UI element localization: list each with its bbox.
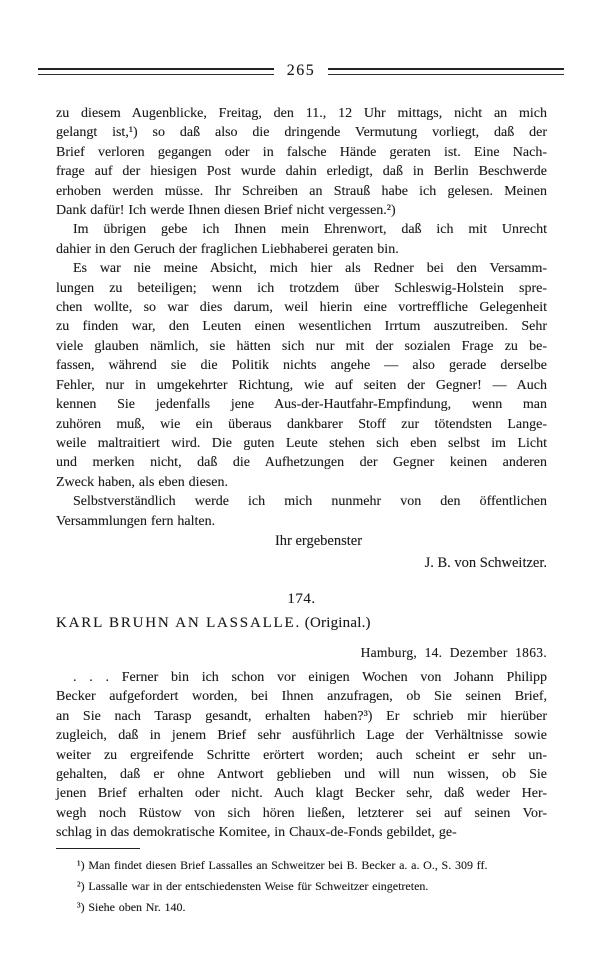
- header-rule-left: [38, 68, 274, 75]
- text-line: lungen zu beteiligen; wenn ich trotzdem …: [56, 279, 547, 298]
- text-line: Fehler, nur in umgekehrter Richtung, wie…: [56, 376, 547, 395]
- text-line: Versammlungen fern halten.: [56, 512, 547, 531]
- paragraph: Selbstverständlich werde ich mich nunmeh…: [56, 492, 547, 531]
- text-line: an Sie nach Tarasp gesandt, erhalten hab…: [56, 707, 547, 726]
- text-line: wegh noch Rüstow von sich hören ließen, …: [56, 804, 547, 823]
- section-number: 174.: [56, 590, 547, 608]
- letter-2-heading: KARL BRUHN AN LASSALLE. (Original.): [56, 614, 547, 633]
- paragraph: zu diesem Augenblicke, Freitag, den 11.,…: [56, 104, 547, 220]
- text-line: und merken nicht, daß die Aufhetzungen d…: [56, 453, 547, 472]
- text-line: weile maltraitiert wird. Die guten Leute…: [56, 434, 547, 453]
- letter-heading-original-note: (Original.): [305, 615, 371, 631]
- text-line: zu finden war, den Leuten einen wesentli…: [56, 317, 547, 336]
- letter-dateline: Hamburg, 14. Dezember 1863.: [56, 644, 547, 661]
- text-line: . . . Ferner bin ich schon vor einigen W…: [56, 668, 547, 687]
- text-line: gelangt ist,¹) so daß also die dringende…: [56, 123, 547, 142]
- letter-1-body: zu diesem Augenblicke, Freitag, den 11.,…: [56, 104, 547, 531]
- text-line: Im übrigen gebe ich Ihnen mein Ehrenwort…: [56, 220, 547, 239]
- letter-heading-names: KARL BRUHN AN LASSALLE.: [56, 615, 301, 631]
- footnotes: ¹) Man findet diesen Brief Lassalles an …: [56, 855, 547, 918]
- text-line: jenen Brief erhalten oder nicht. Auch kl…: [56, 784, 547, 803]
- text-line: zuhören muß, wie ein überaus dankbarer S…: [56, 415, 547, 434]
- page-number: 265: [285, 62, 318, 80]
- text-line: dahier in den Geruch der fraglichen Lieb…: [56, 240, 547, 259]
- text-line: Es war nie meine Absicht, mich hier als …: [56, 259, 547, 278]
- footnote-line: ²) Lassalle war in der entschiedensten W…: [56, 876, 547, 897]
- text-line: Selbstverständlich werde ich mich nunmeh…: [56, 492, 547, 511]
- text-line: weiter zu ergreifende Schritte erörtert …: [56, 746, 547, 765]
- paragraph: Es war nie meine Absicht, mich hier als …: [56, 259, 547, 492]
- text-line: Dank dafür! Ich werde Ihnen diesen Brief…: [56, 201, 547, 220]
- text-line: zugleich, daß in jenem Brief sehr ausfüh…: [56, 726, 547, 745]
- footnote-line: ³) Siehe oben Nr. 140.: [56, 897, 547, 918]
- letter-signature: J. B. von Schweitzer.: [56, 554, 547, 573]
- letter-valediction: Ihr ergebenster: [56, 532, 547, 551]
- text-line: fassen, während sie die Politik nichts a…: [56, 356, 547, 375]
- text-line: viele glauben nämlich, sie hätten sich n…: [56, 337, 547, 356]
- text-line: schlag in das demokratische Komitee, in …: [56, 823, 547, 842]
- letter-2-body: . . . Ferner bin ich schon vor einigen W…: [56, 668, 547, 843]
- text-line: chen wollte, so war dies darum, weil hie…: [56, 298, 547, 317]
- text-line: erhoben werden müsse. Ihr Schreiben an S…: [56, 182, 547, 201]
- text-line: kennen Sie jedenfalls jene Aus-der-Hautf…: [56, 395, 547, 414]
- text-line: Becker aufgefordert worden, bei Ihnen an…: [56, 687, 547, 706]
- text-line: Zweck haben, als eben diesen.: [56, 473, 547, 492]
- text-line: frage auf der hiesigen Post wurde dahin …: [56, 162, 547, 181]
- footnote-line: ¹) Man findet diesen Brief Lassalles an …: [56, 855, 547, 876]
- paragraph: . . . Ferner bin ich schon vor einigen W…: [56, 668, 547, 843]
- header-rule-right: [328, 68, 564, 75]
- text-line: zu diesem Augenblicke, Freitag, den 11.,…: [56, 104, 547, 123]
- letter-2-container: . . . Ferner bin ich schon vor einigen W…: [56, 668, 547, 843]
- text-line: gehalten, daß er ohne Antwort geblieben …: [56, 765, 547, 784]
- page-header: 265: [38, 62, 564, 80]
- footnote-separator: [56, 848, 140, 849]
- paragraph: Im übrigen gebe ich Ihnen mein Ehrenwort…: [56, 220, 547, 259]
- book-page: 265 zu diesem Augenblicke, Freitag, den …: [0, 0, 600, 960]
- text-line: Brief verloren gegangen oder in falsche …: [56, 143, 547, 162]
